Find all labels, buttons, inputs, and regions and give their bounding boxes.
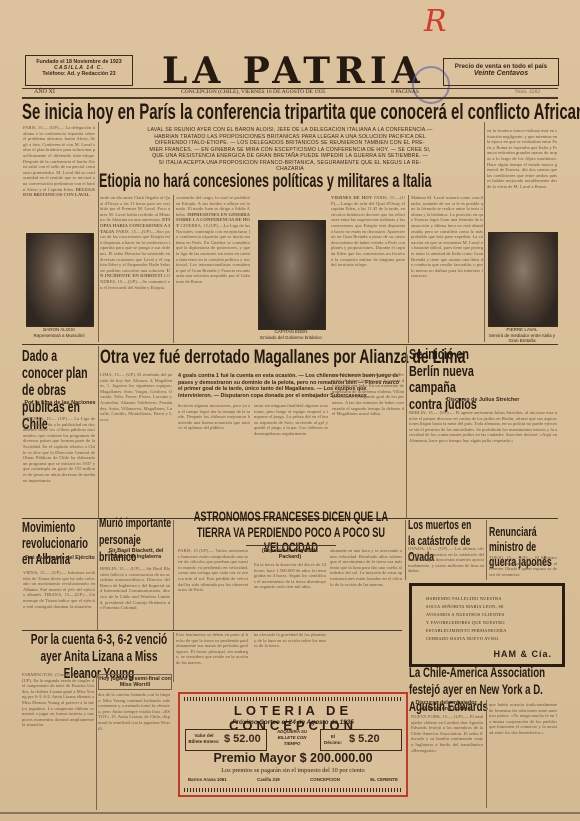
edwards-col-2: que había ocasión tradicionalmente de fo…: [489, 702, 557, 807]
inline-head: ETIOPIA HARIA CONCESIONES A ITALIA: [100, 217, 170, 233]
albania-subhead: Fué muerto jefe del Ejército: [24, 555, 96, 561]
edwards-dateline: NUEVA YORK, 15.— (UP).—: [411, 714, 469, 719]
ovada-dateline: OVADA, 15.— (UP).—: [408, 546, 453, 551]
column-divider: [97, 520, 98, 630]
albania-body: VIENA, 15.— (UP).— Informes recibidos de…: [23, 570, 95, 630]
deck-line: DIFERENDO ITALO-ETIOPE. — LOS DELEGADOS …: [100, 140, 480, 147]
loteria-border-bottom: [184, 788, 402, 792]
ticket-label: Valor del Billete Entero:: [188, 733, 220, 744]
magallanes-col-4: pero sin ningún resultado efectivo. Term…: [332, 372, 404, 517]
inline-head: UN INCIDENTE EN DJIBOUTI: [100, 268, 170, 279]
column-divider: [406, 346, 407, 518]
blackett-dateline: BERLIN, 15.— (UP).—: [100, 566, 145, 571]
blackett-body: BERLIN, 15.— (UP).— Sir Basil Blackett f…: [100, 566, 170, 628]
ham-line: AVISAMOS A NUESTROS CLIENTES: [426, 611, 562, 619]
obras-subhead: Por la Liga de las Naciones: [24, 400, 96, 406]
ticket-price: $ 52.00: [224, 733, 261, 745]
issue-number: Núm. 4282: [515, 89, 540, 95]
photo-pierre-laval: [488, 232, 558, 327]
lizana-col-2: [22, 760, 94, 808]
ham-line: ESTABLECIMIENTO PERMANECERA: [426, 627, 562, 635]
lead-subheadline: Etiopia no hará concesiones políticas y …: [99, 171, 431, 193]
albania-dateline: VIENA, 15.— (UP).—: [23, 570, 66, 575]
obras-dateline: GINEBRA, 15.— (UP).—: [23, 416, 73, 421]
berlin-headline: Se inició en Berlín nueva campaña contra…: [409, 347, 487, 413]
berlin-dateline: BERLIN, 15.— (UP).—: [409, 410, 454, 415]
column-divider: [98, 122, 99, 342]
lead-column-5: Mañana M. Laval actuará como conciliador…: [411, 195, 483, 343]
caption-role: Enviado del Gobierno británico: [252, 335, 330, 341]
ham-line: SOCIA SEÑORITA MARIA LEON, SE: [426, 603, 562, 611]
loteria-border-top: [184, 697, 402, 701]
lizana-subhead: Hoy jugará la semi-final con Miss Worril…: [98, 674, 172, 690]
astronomos-col-5: ha afectado la gravedad de los planetas …: [254, 632, 326, 680]
column-divider: [486, 700, 487, 808]
lead-column-right: en la frontera franco-italiana está en s…: [487, 128, 557, 228]
astronomos-dateline: PARIS, 15 (UP).—: [178, 548, 214, 553]
photo-caption: BARON ALOISI Representará a Mussolini: [22, 327, 96, 338]
section-rule: [22, 344, 558, 345]
ham-notice: HABIENDO FALLECIDO NUESTRA SOCIA SEÑORIT…: [426, 595, 562, 643]
lead-deck: LAVAL SE REUNIO AYER CON EL BARON ALOISI…: [100, 127, 480, 173]
ham-cia-advertisement: HABIENDO FALLECIDO NUESTRA SOCIA SEÑORIT…: [409, 583, 565, 667]
lead-column-left: PARIS, 15.— (UP).— La delegación italian…: [23, 125, 95, 220]
buy-note: ADQUIERA SU BILLETE CON TIEMPO: [272, 729, 312, 747]
photo-caption: PIERRE LAVAL Servirá de mediador entre I…: [484, 327, 560, 344]
caption-role: Representará a Mussolini: [22, 333, 96, 339]
loteria-concepcion-ad: LOTERIA DE CONCEPCION Próximo Sorteo el …: [178, 692, 408, 797]
page-bottom-rule: [0, 812, 580, 814]
magallanes-dateline: LIMA, 15.— (UP).: [100, 372, 136, 377]
berlin-body: BERLIN, 15.— (UP).— El agente antisemita…: [409, 410, 557, 515]
page-count: 8 PAGINAS: [391, 89, 419, 95]
edwards-subhead: Discurso del embajador chileno en Londre…: [411, 700, 481, 712]
photo-caption: CAPITAN EDEN Enviado del Gobierno britán…: [252, 329, 330, 340]
magallanes-col-1: LIMA, 15.— (UP). El resultado del partid…: [100, 372, 172, 517]
decimo-price: $ 5.20: [349, 733, 380, 745]
price-box: Precio de venta en todo el país Veinte C…: [443, 58, 559, 86]
berlin-subhead: Discurso de Julius Streicher: [409, 397, 557, 403]
edwards-col-1: NUEVA YORK, 15.— (UP).— El embajador chi…: [411, 714, 483, 807]
astronomos-subhead: (Especial de Reynolds Packard): [254, 548, 326, 560]
footer-agent: EL CERENTE: [370, 777, 398, 782]
japon-body: TOKIO, 15.— (UP).— El Ministro de Guerra…: [489, 555, 557, 580]
footer-casilla: Casilla 319: [257, 777, 280, 782]
column-divider: [484, 122, 485, 342]
column-divider: [408, 195, 409, 343]
loteria-footer: Barros Arana 1061 Casilla 319 CONCEPCION…: [188, 777, 398, 782]
inline-head: IMPRESIONES EN GINEBRA SOBRE LA CONFEREN…: [176, 212, 250, 228]
footer-address: Barros Arana 1061: [188, 777, 227, 782]
magallanes-col-2: hicieron algunas incursiones, pero ya en…: [178, 403, 250, 518]
column-divider: [98, 346, 99, 518]
lead-column-2: tarde un día antes Clark llegaba al Quai…: [100, 195, 170, 343]
masthead-title: LA PATRIA: [162, 50, 425, 92]
year-label: AÑO XI: [34, 89, 55, 95]
column-divider: [173, 195, 174, 343]
ham-line: HABIENDO FALLECIDO NUESTRA: [426, 595, 562, 603]
founding-info-box: Fundado el 18 Noviembre de 1923 CASILLA …: [25, 55, 133, 86]
blackett-subhead: Sir Basil Blackett, del Banco de Inglate…: [102, 548, 170, 560]
price-amount: Veinte Centavos: [444, 70, 558, 77]
lizana-dateline: FARMINGTON, (Connecticut), 15.— (UP).: [22, 672, 94, 683]
section-rule: [22, 630, 402, 631]
price-line: Precio de venta en todo el país: [444, 63, 558, 70]
grand-prize: Premio Mayor $ 200.000.00: [180, 751, 406, 765]
dateline: CONCEPCION (CHILE), VIERNES 16 DE AGOSTO…: [181, 89, 326, 95]
lead-inline-head: DELEGADOS BRITANICOS CON LAVAL: [23, 187, 95, 198]
ham-signature: HAM & Cía.: [493, 649, 552, 659]
column-divider: [486, 520, 487, 580]
column-divider: [173, 632, 174, 682]
column-divider: [96, 672, 97, 810]
japon-dateline: TOKIO, 15.— (UP).—: [489, 555, 533, 560]
caption-role: Servirá de mediador entre Italia y Gran …: [484, 333, 560, 344]
ham-line: Y FAVORECEDORES QUE NUESTRO: [426, 619, 562, 627]
column-divider: [173, 520, 174, 630]
astronomos-col-3: ahumada en una hora y se acercando a una…: [330, 548, 402, 630]
photo-baron-aloisi: [26, 233, 94, 327]
magallanes-col-3: taron sin ninguna finalidad algunas ocas…: [254, 403, 328, 518]
photo-capitan-eden: [258, 220, 326, 330]
inline-head: VIERNES DE HOY: [331, 195, 372, 200]
ham-line: CERRADO HASTA NUEVO AVISO.: [426, 635, 562, 643]
column-divider: [405, 520, 406, 580]
tax-note: Los premios se pagarán sin el impuesto d…: [180, 767, 406, 774]
decimo-price-box: El Décimo: $ 5.20: [320, 729, 402, 751]
deck-line: LAVAL SE REUNIO AYER CON EL BARON ALOISI…: [100, 127, 480, 134]
lizana-col-3: dos de la cancha, botando con lo limpio.…: [98, 692, 170, 807]
lead-column-4: VIERNES DE HOY PARIS, 15.—(UP).—Luego de…: [331, 195, 405, 343]
decimo-label: El Décimo:: [323, 734, 343, 745]
telefono-line: Teléfono: Ad. y Redacción 23: [26, 71, 132, 77]
ticket-price-box: Valor del Billete Entero: $ 52.00: [185, 729, 267, 751]
lead-headline: Se inicia hoy en París la conferencia tr…: [22, 99, 580, 125]
astronomos-col-2: En la tierra la duración del día es de 2…: [254, 562, 326, 630]
astronomos-col-1: PARIS, 15 (UP).— Varios astrónomos franc…: [178, 548, 248, 630]
ovada-body: OVADA, 15.— (UP).— Las últimas cifras so…: [408, 546, 484, 576]
deck-line: QUE UNA RESISTENCIA ENERGICA DE GRAN BRE…: [100, 153, 480, 160]
lead-column-3: contenido del cargo, lo cual se prohibió…: [176, 195, 250, 343]
obras-body: GINEBRA, 15.— (UP).— La Liga de las Naci…: [23, 416, 95, 516]
loteria-next-draw: Próximo Sorteo el 24 de Agosto de 1935: [180, 719, 406, 726]
handwritten-mark: R: [424, 4, 447, 39]
astronomos-col-4: Esto fenómenos se deben en parte al hech…: [176, 632, 248, 680]
astronomos-underline: [246, 545, 336, 546]
lead-dateline: PARIS, 15.— (UP).—: [23, 125, 64, 130]
footer-city: CONCEPCION: [310, 777, 340, 782]
